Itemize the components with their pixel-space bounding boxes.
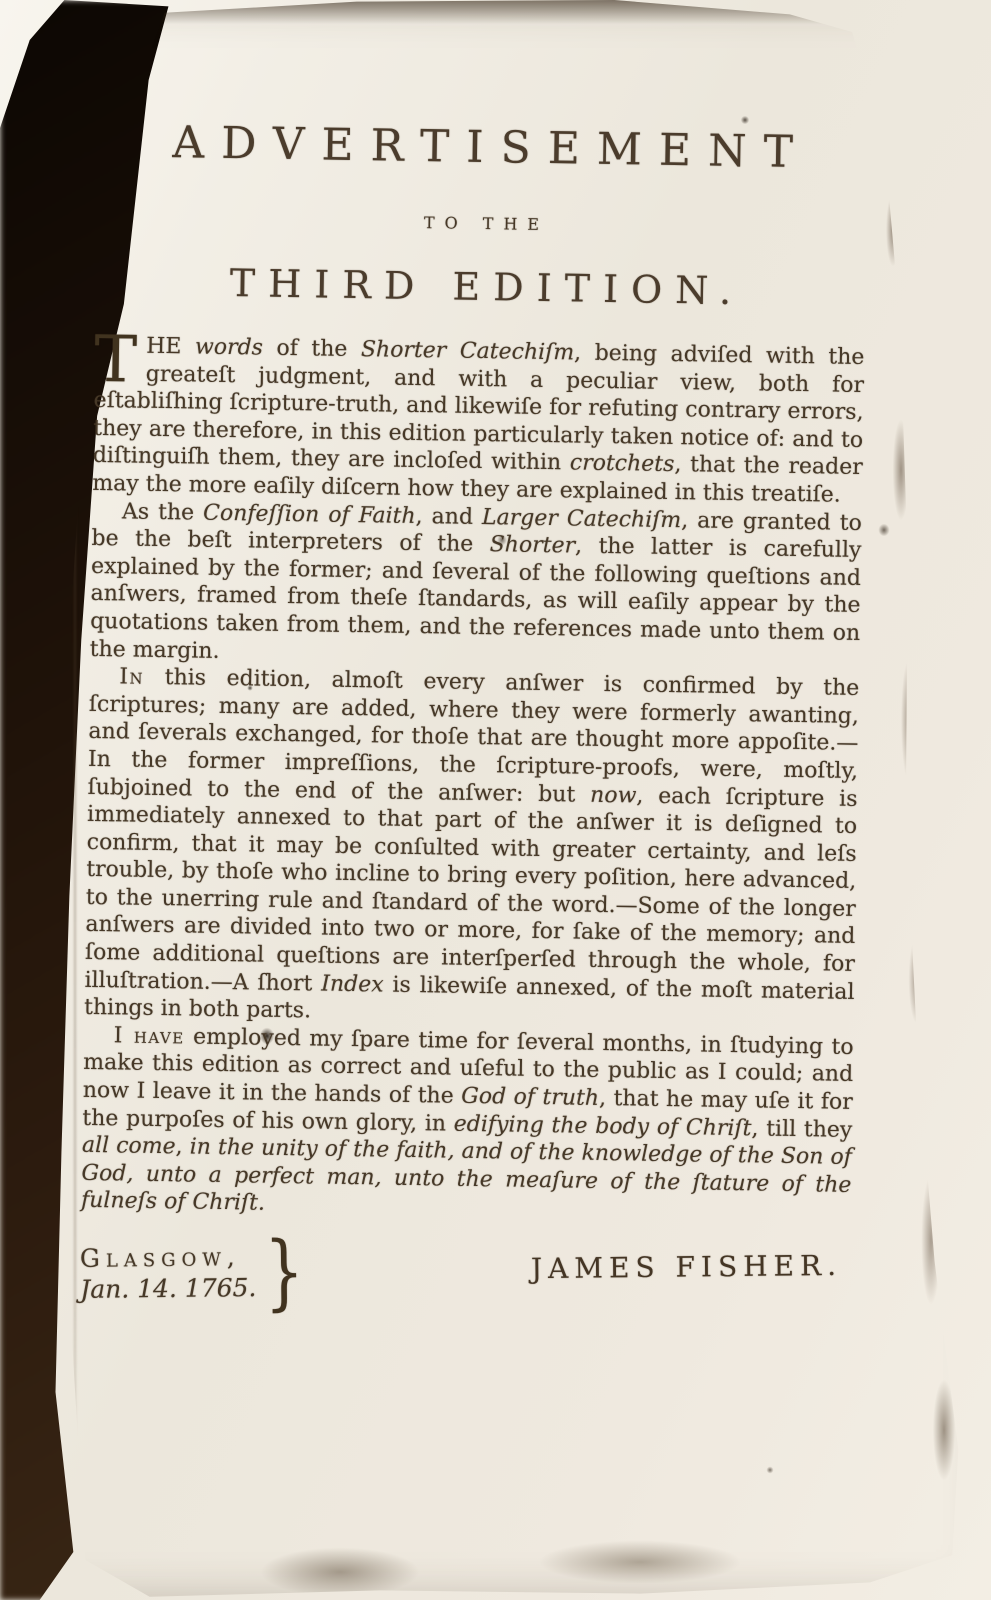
signature-author: JAMES FISHER. bbox=[531, 1249, 842, 1285]
body-text: THE words of the Shorter Catechiſm, bein… bbox=[81, 332, 865, 1227]
signature-date: Jan. 14. 1765. bbox=[80, 1272, 257, 1306]
signature-place-date: Glasgow, Jan. 14. 1765. bbox=[80, 1242, 257, 1306]
edition-heading: THIRD EDITION. bbox=[95, 262, 866, 312]
page-subtitle: TO THE bbox=[96, 210, 866, 238]
paragraph-3: In this edition, almoſt every anſwer is … bbox=[84, 663, 860, 1034]
page-content: ADVERTISEMENT TO THE THIRD EDITION. THE … bbox=[80, 0, 870, 1309]
paragraph-1-text: HE words of the Shorter Catechiſm, being… bbox=[92, 334, 864, 508]
paragraph-4: I have employed my ſpare time for ſevera… bbox=[81, 1022, 854, 1227]
paragraph-1: THE words of the Shorter Catechiſm, bein… bbox=[92, 332, 865, 510]
signature-brace: } bbox=[264, 1241, 304, 1305]
drop-cap: T bbox=[94, 332, 147, 386]
signature-place: Glasgow, bbox=[80, 1242, 257, 1274]
signature-place-block: Glasgow, Jan. 14. 1765. } bbox=[80, 1240, 311, 1306]
signature-row: Glasgow, Jan. 14. 1765. } JAMES FISHER. bbox=[80, 1235, 851, 1307]
page-title: ADVERTISEMENT bbox=[97, 120, 868, 176]
photo-background: ADVERTISEMENT TO THE THIRD EDITION. THE … bbox=[0, 0, 991, 1600]
paragraph-2: As the Confeſſion of Faith, and Larger C… bbox=[90, 497, 863, 675]
